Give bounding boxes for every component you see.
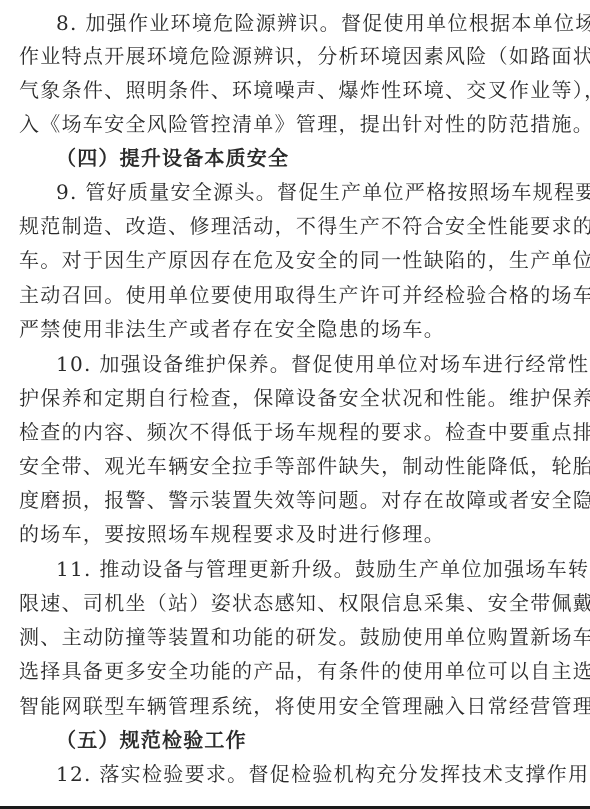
paragraph-10-line-4: 安全带、观光车辆安全拉手等部件缺失，制动性能降低，轮胎过	[19, 454, 590, 478]
paragraph-10-line-3: 检查的内容、频次不得低于场车规程的要求。检查中要重点排查	[19, 420, 590, 444]
paragraph-11-line-1: 11. 推动设备与管理更新升级。鼓励生产单位加强场车转弯	[56, 557, 590, 581]
paragraph-11-line-4: 选择具备更多安全功能的产品，有条件的使用单位可以自主选用	[19, 659, 590, 683]
paragraph-8-line-1: 8. 加强作业环境危险源辨识。督促使用单位根据本单位场车	[56, 11, 590, 35]
paragraph-10-line-6: 的场车，要按照场车规程要求及时进行修理。	[19, 522, 445, 546]
paragraph-8-line-4: 入《场车安全风险管控清单》管理，提出针对性的防范措施。	[19, 112, 590, 136]
paragraph-8-line-2: 作业特点开展环境危险源辨识，分析环境因素风险（如路面状况、	[19, 44, 590, 68]
paragraph-9-line-3: 车。对于因生产原因存在危及安全的同一性缺陷的，生产单位要	[19, 248, 590, 272]
section-heading-4: （四）提升设备本质安全	[56, 146, 289, 170]
paragraph-10-line-1: 10. 加强设备维护保养。督促使用单位对场车进行经常性维	[56, 352, 590, 376]
paragraph-12-line-1: 12. 落实检验要求。督促检验机构充分发挥技术支撑作用，依	[56, 762, 590, 786]
paragraph-11-line-5: 智能网联型车辆管理系统，将使用安全管理融入日常经营管理。	[19, 694, 590, 718]
paragraph-9-line-1: 9. 管好质量安全源头。督促生产单位严格按照场车规程要求	[56, 180, 590, 204]
section-heading-5: （五）规范检验工作	[56, 728, 247, 752]
paragraph-9-line-4: 主动召回。使用单位要使用取得生产许可并经检验合格的场车，	[19, 283, 590, 307]
paragraph-11-line-3: 测、主动防撞等装置和功能的研发。鼓励使用单位购置新场车时	[19, 625, 590, 649]
paragraph-9-line-5: 严禁使用非法生产或者存在安全隐患的场车。	[19, 317, 445, 341]
paragraph-11-line-2: 限速、司机坐（站）姿状态感知、权限信息采集、安全带佩戴检	[19, 591, 590, 615]
document-page: 8. 加强作业环境危险源辨识。督促使用单位根据本单位场车 作业特点开展环境危险源…	[0, 0, 590, 806]
paragraph-10-line-5: 度磨损，报警、警示装置失效等问题。对存在故障或者安全隐患	[19, 488, 590, 512]
paragraph-8-line-3: 气象条件、照明条件、环境噪声、爆炸性环境、交叉作业等），纳	[19, 78, 590, 102]
paragraph-10-line-2: 护保养和定期自行检查，保障设备安全状况和性能。维护保养和	[19, 386, 590, 410]
paragraph-9-line-2: 规范制造、改造、修理活动，不得生产不符合安全性能要求的场	[19, 214, 590, 238]
